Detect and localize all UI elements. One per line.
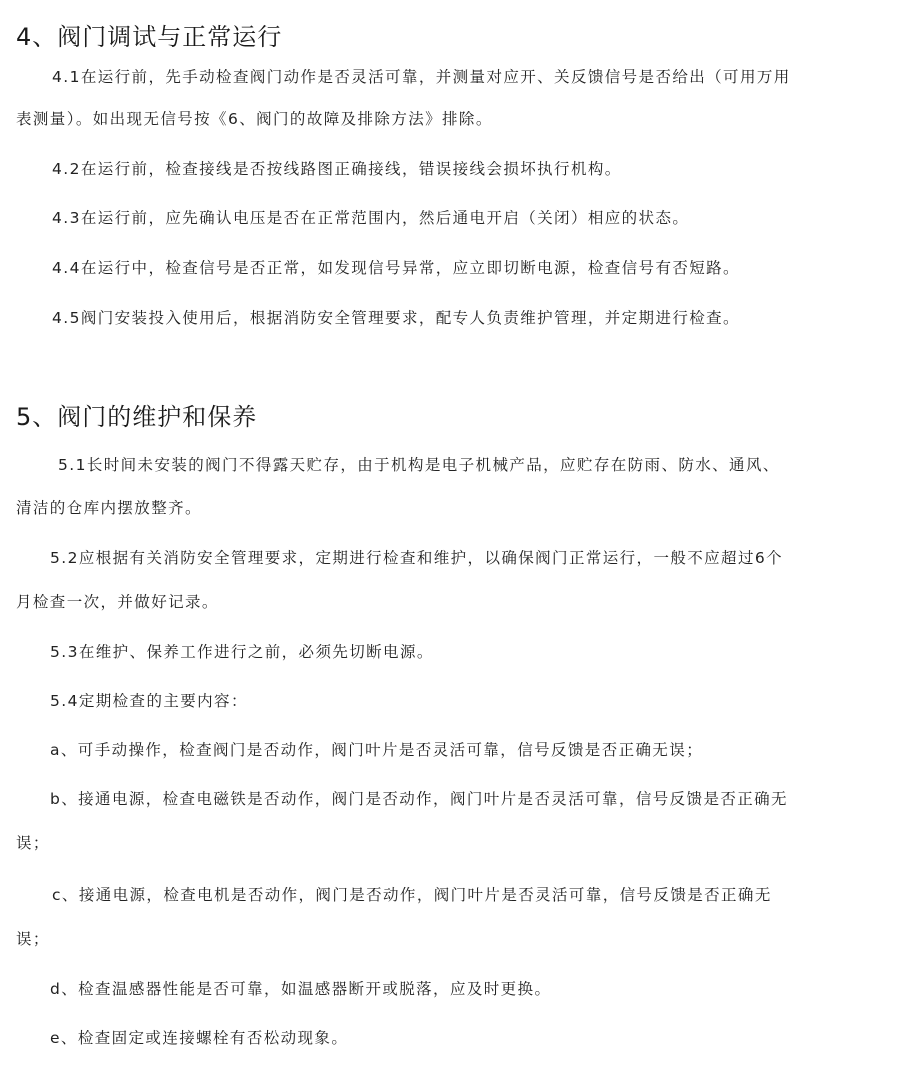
section-4-heading: 4、阀门调试与正常运行 — [16, 22, 282, 52]
item-5-4-a: a、可手动操作，检查阀门是否动作，阀门叶片是否灵活可靠，信号反馈是否正确无误； — [50, 739, 703, 761]
item-4-5: 4.5阀门安装投入使用后，根据消防安全管理要求，配专人负责维护管理，并定期进行检… — [52, 307, 740, 329]
item-5-4-b-line-1: b、接通电源，检查电磁铁是否动作，阀门是否动作，阀门叶片是否灵活可靠，信号反馈是… — [50, 788, 788, 810]
item-5-4-b-line-2: 误； — [16, 832, 50, 854]
item-5-2-line-1: 5.2应根据有关消防安全管理要求，定期进行检查和维护，以确保阀门正常运行，一般不… — [50, 547, 783, 569]
item-4-4: 4.4在运行中，检查信号是否正常，如发现信号异常，应立即切断电源，检查信号有否短… — [52, 257, 740, 279]
item-5-4: 5.4定期检查的主要内容： — [50, 690, 248, 712]
section-5-heading: 5、阀门的维护和保养 — [16, 402, 257, 432]
item-5-4-d: d、检查温感器性能是否可靠，如温感器断开或脱落，应及时更换。 — [50, 978, 551, 1000]
item-5-4-c-line-1: c、接通电源，检查电机是否动作，阀门是否动作，阀门叶片是否灵活可靠，信号反馈是否… — [52, 884, 772, 906]
item-5-4-c-line-2: 误； — [16, 928, 50, 950]
item-4-2: 4.2在运行前，检查接线是否按线路图正确接线，错误接线会损坏执行机构。 — [52, 158, 622, 180]
item-5-1-line-1: 5.1长时间未安装的阀门不得露天贮存，由于机构是电子机械产品，应贮存在防雨、防水… — [58, 454, 780, 476]
item-5-3: 5.3在维护、保养工作进行之前，必须先切断电源。 — [50, 641, 434, 663]
item-5-4-e: e、检查固定或连接螺栓有否松动现象。 — [50, 1027, 348, 1049]
item-4-1-line-1: 4.1在运行前，先手动检查阀门动作是否灵活可靠，并测量对应开、关反馈信号是否给出… — [52, 66, 791, 88]
item-5-2-line-2: 月检查一次，并做好记录。 — [16, 591, 219, 613]
item-4-3: 4.3在运行前，应先确认电压是否在正常范围内，然后通电开启（关闭）相应的状态。 — [52, 207, 689, 229]
item-4-1-line-2: 表测量）。如出现无信号按《6、阀门的故障及排除方法》排除。 — [16, 108, 493, 130]
item-5-1-line-2: 清洁的仓库内摆放整齐。 — [16, 497, 202, 519]
